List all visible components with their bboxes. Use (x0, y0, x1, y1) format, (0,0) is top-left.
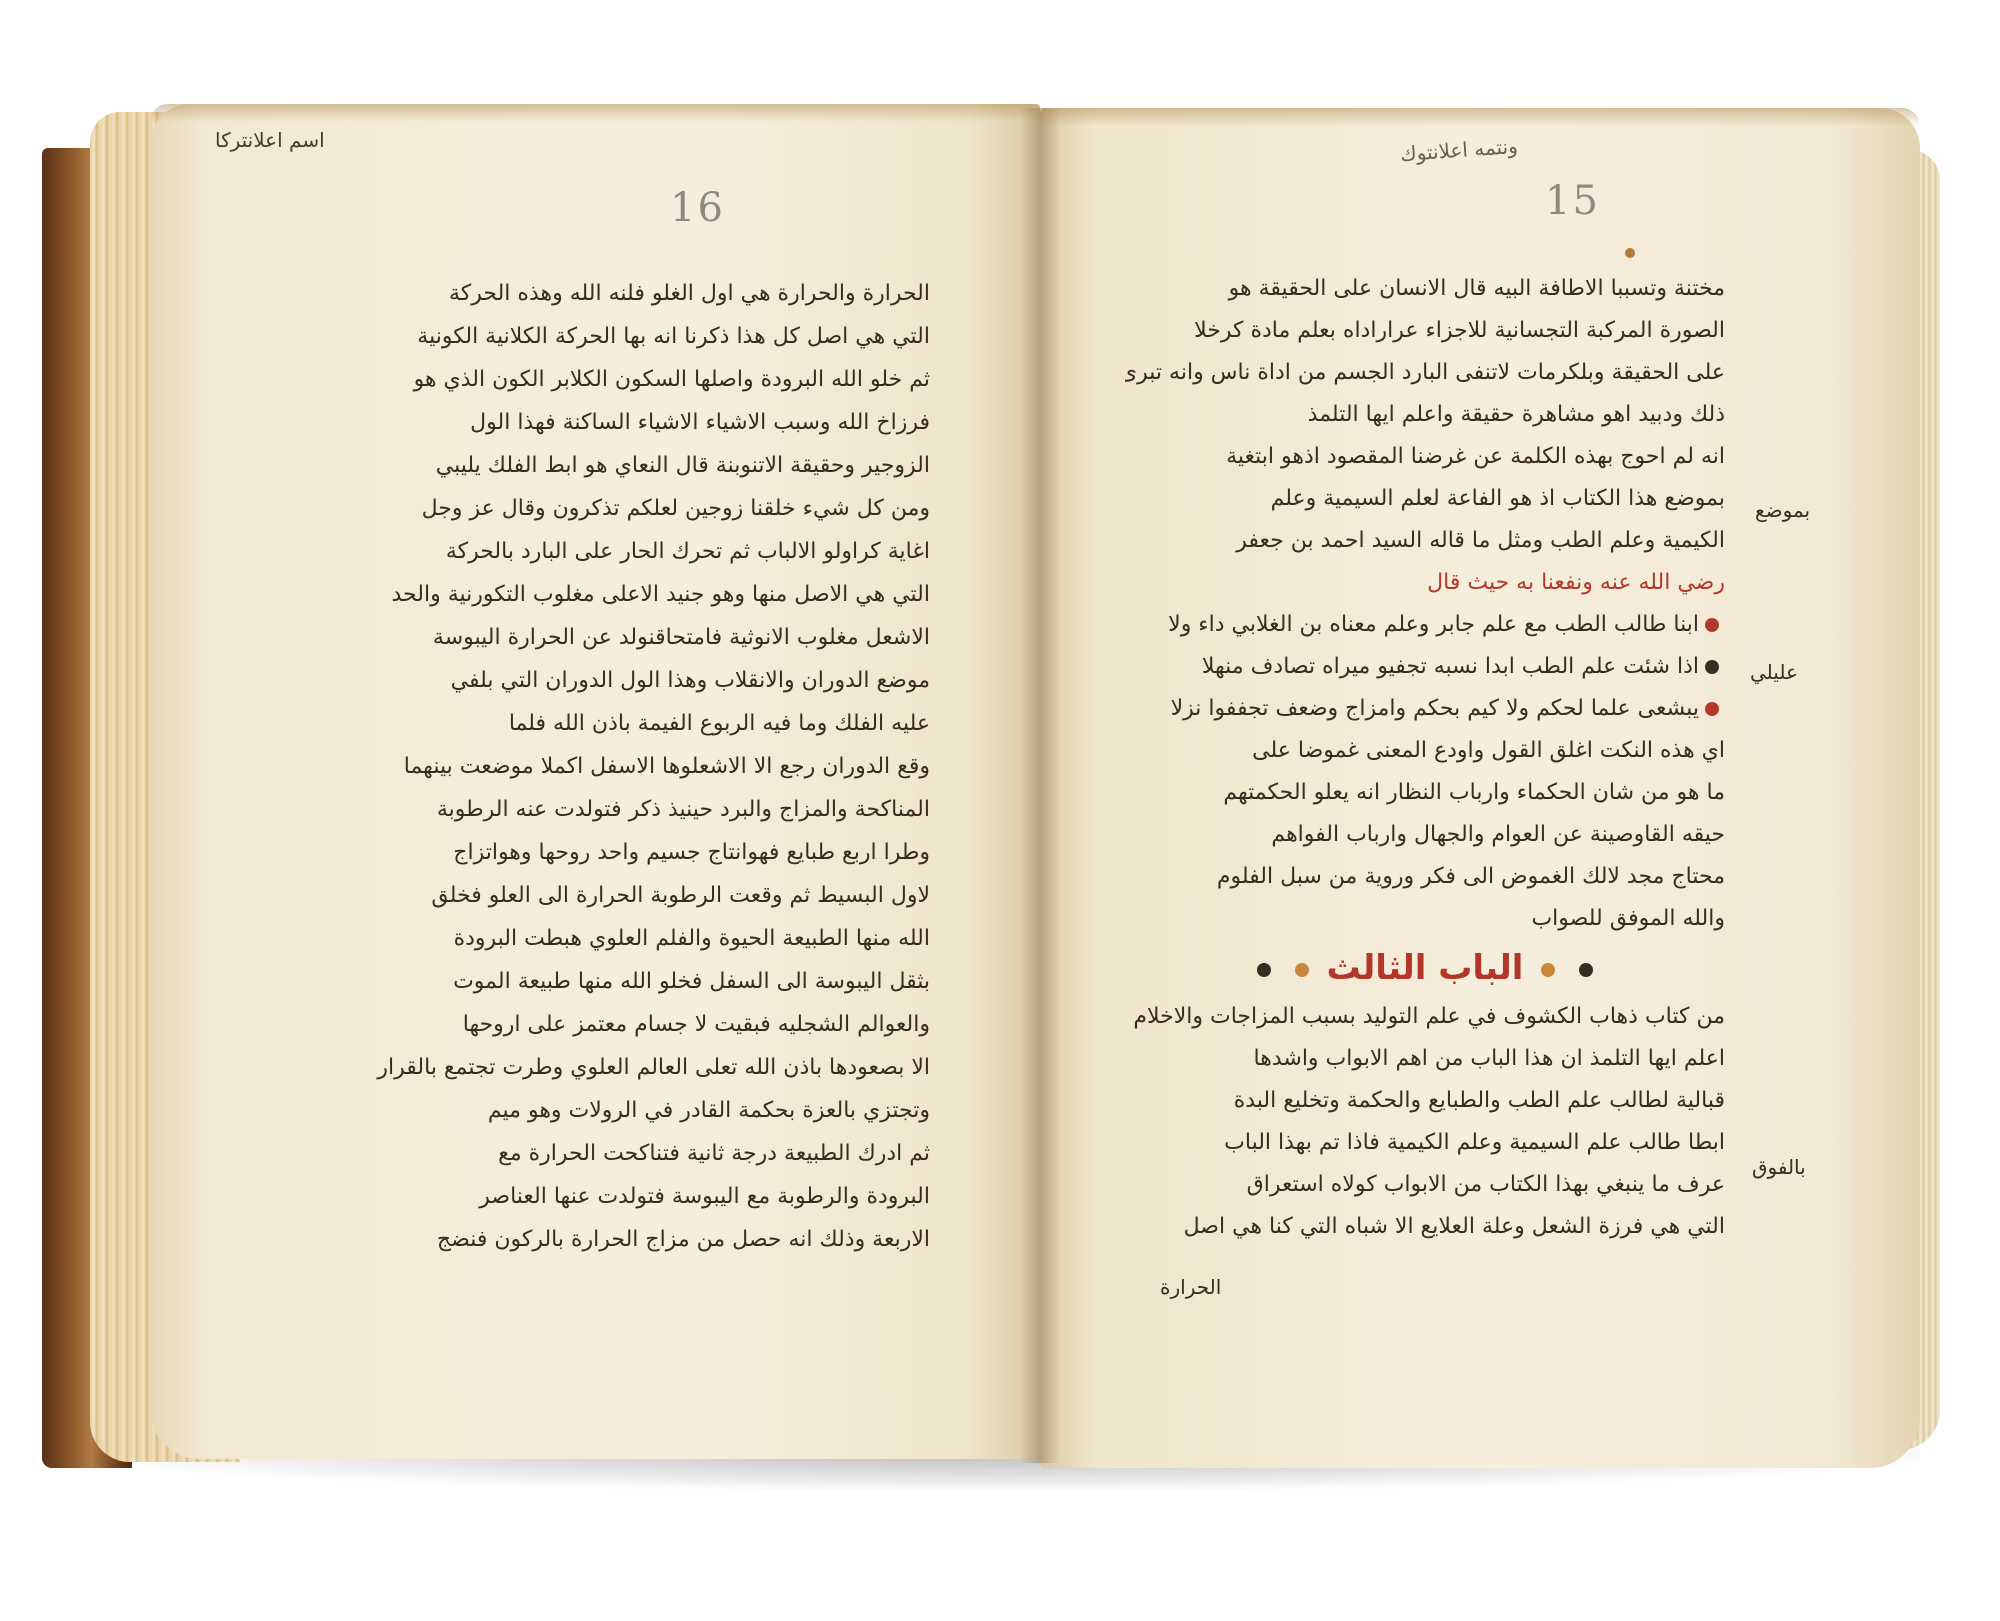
text-line: الله منها الطبيعة الحيوة والفلم العلوي ه… (370, 917, 930, 960)
left-running-head: اسم اعلانتركا (215, 128, 325, 152)
text-line: بثقل اليبوسة الى السفل فخلو الله منها طب… (370, 960, 930, 1003)
text-line: الاشعل مغلوب الانوثية فامتحاقنولد عن الح… (370, 616, 930, 659)
text-line: من كتاب ذهاب الكشوف في علم التوليد بسبب … (1125, 996, 1725, 1038)
verse-bullet (1705, 702, 1719, 716)
text-line: التي هي فرزة الشعل وعلة العلايع الا شباه… (1125, 1206, 1725, 1248)
verse-line: يبشعى علما لحكم ولا كيم بحكم وامزاج وضعف… (1125, 688, 1725, 730)
margin-note: عليلي (1750, 660, 1798, 684)
catchword: الحرارة (1160, 1275, 1221, 1299)
text-line: فرزاخ الله وسبب الاشياء الاشياء الساكنة … (370, 401, 930, 444)
book-gutter (1020, 108, 1060, 1463)
text-line: ومن كل شيء خلقنا زوجين لعلكم تذكرون وقال… (370, 487, 930, 530)
text-line: اي هذه النكت اغلق القول واودع المعنى غمو… (1125, 730, 1725, 772)
heading-bullet (1257, 963, 1271, 977)
text-line: حيقه القاوصينة عن العوام والجهال وارباب … (1125, 814, 1725, 856)
left-page-text: الحرارة والحرارة هي اول الغلو فلنه الله … (370, 272, 930, 1261)
text-line: موضع الدوران والانقلاب وهذا الول الدوران… (370, 659, 930, 702)
verse-bullet (1705, 618, 1719, 632)
manuscript-photo: اسم اعلانتركا ونتمه اعلانتوك 16 15 الحرا… (0, 0, 2000, 1621)
text-line: ما هو من شان الحكماء وارباب النظار انه ي… (1125, 772, 1725, 814)
text-line: وطرا اربع طبايع فهوانتاج جسيم واحد روحها… (370, 831, 930, 874)
text-line: والله الموفق للصواب (1125, 898, 1725, 940)
text-line: على الحقيقة وبلكرمات لاتنفى البارد الجسم… (1125, 352, 1725, 394)
left-page-stain (150, 104, 1040, 122)
text-line: وقع الدوران رجع الا الاشعلوها الاسفل اكم… (370, 745, 930, 788)
text-line: الاربعة وذلك انه حصل من مزاج الحرارة بال… (370, 1218, 930, 1261)
text-line: الصورة المركبة التجسانية للاجزاء عرارادا… (1125, 310, 1725, 352)
text-line: مختنة وتسببا الاطافة البيه قال الانسان ع… (1125, 268, 1725, 310)
ink-dot (1625, 248, 1635, 258)
right-page-stain (1040, 108, 1920, 126)
verse-text: يبشعى علما لحكم ولا كيم بحكم وامزاج وضعف… (1171, 696, 1699, 721)
verse-text: ابنا طالب الطب مع علم جابر وعلم معناه بن… (1168, 612, 1699, 637)
chapter-heading: الباب الثالث (1125, 940, 1725, 996)
text-line: ثم خلو الله البرودة واصلها السكون الكلاب… (370, 358, 930, 401)
left-folio-number: 16 (670, 185, 725, 231)
text-line: رضي الله عنه ونفعنا به حيث قال (1125, 562, 1725, 604)
text-line: المناكحة والمزاج والبرد حينيذ ذكر فتولدت… (370, 788, 930, 831)
text-line: البرودة والرطوبة مع اليبوسة فتولدت عنها … (370, 1175, 930, 1218)
text-line: التي هي الاصل منها وهو جنيد الاعلى مغلوب… (370, 573, 930, 616)
text-line: ثم ادرك الطبيعة درجة ثانية فتناكحت الحرا… (370, 1132, 930, 1175)
text-line: ذلك ودبيد اهو مشاهرة حقيقة واعلم ايها ال… (1125, 394, 1725, 436)
text-line: الا بصعودها باذن الله تعلى العالم العلوي… (370, 1046, 930, 1089)
text-line: بموضع هذا الكتاب اذ هو الفاعة لعلم السيم… (1125, 478, 1725, 520)
text-line: وتجتزي بالعزة بحكمة القادر في الرولات وه… (370, 1089, 930, 1132)
heading-bullet (1541, 963, 1555, 977)
margin-note: بموضع (1755, 498, 1810, 522)
text-line: الزوجير وحقيقة الاتنوبنة قال النعاي هو ا… (370, 444, 930, 487)
text-line: عرف ما ينبغي بهذا الكتاب من الابواب كولا… (1125, 1164, 1725, 1206)
text-line: والعوالم الشجليه فبقيت لا جسام معتمز على… (370, 1003, 930, 1046)
text-line: لاول البسيط ثم وقعت الرطوبة الحرارة الى … (370, 874, 930, 917)
right-folio-number: 15 (1545, 178, 1600, 224)
text-line: الكيمية وعلم الطب ومثل ما قاله السيد احم… (1125, 520, 1725, 562)
text-line: قبالية لطالب علم الطب والطبايع والحكمة و… (1125, 1080, 1725, 1122)
text-line: محتاج مجد لالك الغموض الى فكر وروية من س… (1125, 856, 1725, 898)
text-line: الحرارة والحرارة هي اول الغلو فلنه الله … (370, 272, 930, 315)
text-line: اغاية كراولو الالباب ثم تحرك الحار على ا… (370, 530, 930, 573)
text-line: ابطا طالب علم السيمية وعلم الكيمية فاذا … (1125, 1122, 1725, 1164)
right-page-text: مختنة وتسببا الاطافة البيه قال الانسان ع… (1125, 268, 1725, 1248)
verse-bullet (1705, 660, 1719, 674)
verse-line: ابنا طالب الطب مع علم جابر وعلم معناه بن… (1125, 604, 1725, 646)
heading-bullet (1295, 963, 1309, 977)
text-line: عليه الفلك وما فيه الربوع الفيمة باذن ال… (370, 702, 930, 745)
text-line: التي هي اصل كل هذا ذكرنا انه بها الحركة … (370, 315, 930, 358)
verse-line: اذا شئت علم الطب ابدا نسبه تجفيو ميراه ت… (1125, 646, 1725, 688)
text-line: اعلم ايها التلمذ ان هذا الباب من اهم الا… (1125, 1038, 1725, 1080)
text-line: انه لم احوج بهذه الكلمة عن غرضنا المقصود… (1125, 436, 1725, 478)
heading-bullet (1579, 963, 1593, 977)
chapter-heading-text: الباب الثالث (1327, 948, 1524, 988)
verse-text: اذا شئت علم الطب ابدا نسبه تجفيو ميراه ت… (1202, 654, 1699, 679)
margin-note: بالفوق (1752, 1155, 1806, 1179)
